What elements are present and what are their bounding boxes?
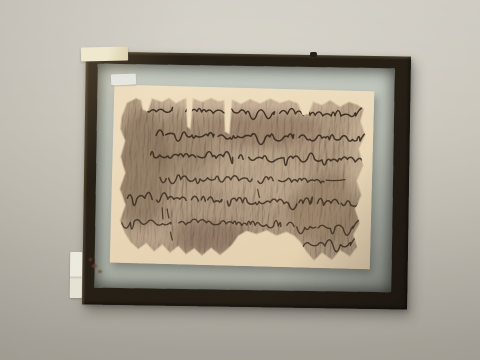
picture-frame	[82, 51, 411, 309]
rust-stain	[92, 264, 97, 268]
frame-hanger-nub	[310, 52, 317, 57]
photo-wall	[0, 0, 480, 360]
frame-glass	[94, 64, 394, 293]
rust-stain	[98, 270, 102, 273]
tape-on-glass	[111, 74, 136, 86]
tape-left-edge	[70, 252, 82, 298]
rust-stain	[89, 258, 92, 261]
backing-card	[110, 85, 375, 270]
papyrus-fragment	[110, 85, 375, 270]
tape-frame-corner	[81, 47, 128, 62]
